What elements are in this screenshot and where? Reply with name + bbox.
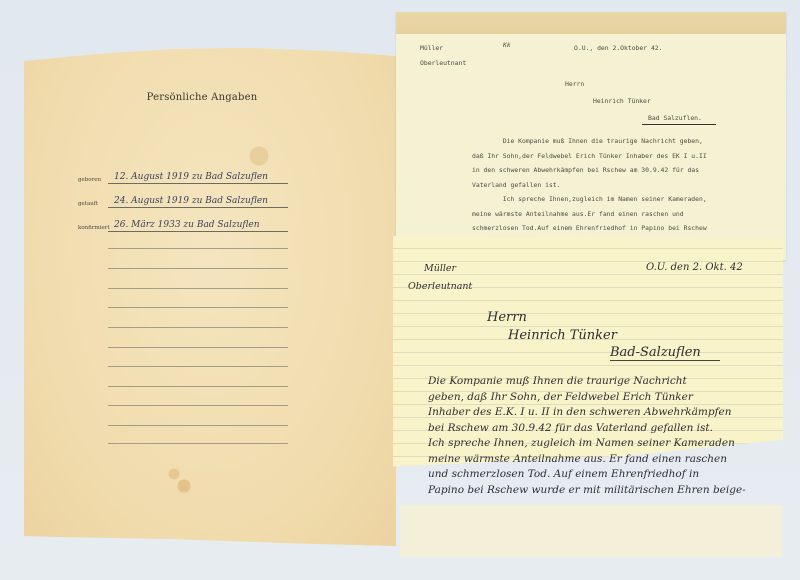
- typed-place-date: O.U., den 2.Oktober 42.: [574, 44, 663, 52]
- blank-line: [108, 327, 288, 328]
- typed-recipient-city: Bad Salzuflen.: [648, 114, 702, 122]
- field-value: 26. März 1933 zu Bad Salzuflen: [108, 219, 288, 232]
- blank-line: [108, 443, 288, 444]
- typed-salutation: Herrn: [565, 80, 584, 88]
- hand-line: Papino bei Rschew wurde er mit militäris…: [428, 483, 788, 499]
- blank-line: [108, 307, 288, 308]
- blank-line: [108, 288, 288, 289]
- typed-line: Ich spreche Ihnen,zugleich im Namen sein…: [472, 192, 772, 207]
- field-label: getauft: [78, 201, 108, 208]
- typed-line: Die Kompanie muß Ihnen die traurige Nach…: [472, 134, 772, 149]
- personal-details-title: Persönliche Angaben: [132, 92, 272, 103]
- hand-line: und schmerzlosen Tod. Auf einem Ehrenfri…: [428, 467, 788, 483]
- hand-line: meine wärmste Anteilnahme aus. Er fand e…: [428, 452, 788, 468]
- typed-line: in den schweren Abwehrkämpfen bei Rschew…: [472, 163, 772, 178]
- field-label: geboren: [78, 177, 108, 184]
- confirmation-field: konfirmiert 26. März 1933 zu Bad Salzufl…: [78, 216, 288, 232]
- blank-line: [108, 405, 288, 406]
- typed-line: meine wärmste Anteilnahme aus.Er fand ei…: [472, 207, 772, 222]
- blank-line: [108, 248, 288, 249]
- initials: Kk: [503, 41, 511, 49]
- typed-recipient-name: Heinrich Tünker: [593, 97, 651, 105]
- typed-letter-lower-edge: [400, 505, 782, 557]
- baptism-field: getauft 24. August 1919 zu Bad Salzuflen: [78, 192, 288, 208]
- paper-fold-edge: [396, 12, 786, 34]
- field-label: konfirmiert: [78, 225, 108, 232]
- hand-recipient-name: Heinrich Tünker: [508, 328, 617, 343]
- personal-details-page: [24, 46, 396, 546]
- blank-line: [108, 347, 288, 348]
- hand-sender-rank: Oberleutnant: [408, 281, 472, 292]
- hand-line: bei Rschew am 30.9.42 für das Vaterland …: [428, 421, 788, 437]
- birth-field: geboren 12. August 1919 zu Bad Salzuflen: [78, 168, 288, 184]
- typed-line: Vaterland gefallen ist.: [472, 178, 772, 193]
- hand-line: Inhaber des E.K. I u. II in den schweren…: [428, 405, 788, 421]
- handwritten-letter-text: Die Kompanie muß Ihnen die traurige Nach…: [428, 374, 788, 498]
- field-value: 12. August 1919 zu Bad Salzuflen: [108, 171, 288, 184]
- hand-line: Ich spreche Ihnen, zugleich im Namen sei…: [428, 436, 788, 452]
- hand-recipient-city: Bad-Salzuflen: [610, 345, 701, 360]
- hand-sender-name: Müller: [424, 263, 456, 274]
- hand-place-date: O.U. den 2. Okt. 42: [646, 262, 743, 273]
- hand-line: geben, daß Ihr Sohn, der Feldwebel Erich…: [428, 390, 788, 406]
- blank-line: [108, 386, 288, 387]
- typed-sender-name: Müller: [420, 44, 443, 52]
- field-value: 24. August 1919 zu Bad Salzuflen: [108, 195, 288, 208]
- hand-salutation: Herrn: [487, 310, 527, 325]
- blank-line: [108, 366, 288, 367]
- blank-line: [108, 268, 288, 269]
- hand-line: Die Kompanie muß Ihnen die traurige Nach…: [428, 374, 788, 390]
- typed-line: schmerzlosen Tod.Auf einem Ehrenfriedhof…: [472, 221, 772, 236]
- blank-line: [108, 425, 288, 426]
- typed-sender-rank: Oberleutnant: [420, 59, 466, 67]
- typed-line: daß Ihr Sohn,der Feldwebel Erich Tünker …: [472, 149, 772, 164]
- city-underline: [642, 124, 716, 125]
- hand-city-underline: [610, 360, 720, 361]
